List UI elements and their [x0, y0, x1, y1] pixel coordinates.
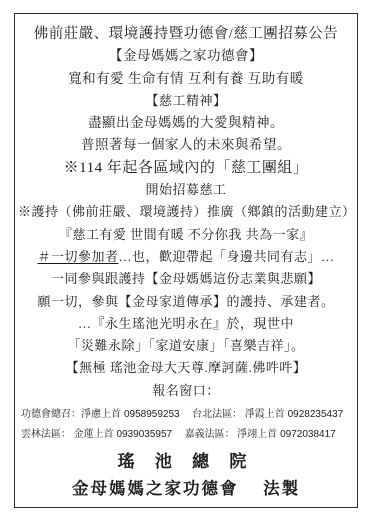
footer-institution-name: 瑤 池 總 院 — [18, 449, 354, 475]
recruit-line-2: 開始招募慈工 — [18, 179, 354, 201]
contact-phone: 0972038417 — [280, 429, 336, 440]
contact-phone: 0928235437 — [288, 409, 344, 420]
blessing-line-1: …『永生瑤池光明永在』於，現世中 — [18, 313, 354, 335]
contact-row-1: 功德會總召：淨慮上首0958959253 台北法區： 淨霞上首092823543… — [21, 405, 354, 425]
contact-row-2: 雲林法區： 金蓮上首0939035957 嘉義法區： 淨翊上首097203841… — [21, 425, 354, 445]
spirit-heading: 【慈工精神】 — [18, 90, 354, 112]
org-name-bracket: 【金母媽媽之家功德會】 — [18, 45, 354, 67]
contact-role: 功德會總召： — [21, 409, 81, 420]
spirit-line-1: 盡顯出金母媽媽的大愛與精神。 — [18, 112, 354, 134]
contact-name: 金蓮上首 — [74, 429, 114, 440]
contact-yunlin: 雲林法區： 金蓮上首0939035957 — [21, 429, 172, 440]
contact-name: 淨霞上首 — [245, 409, 285, 420]
flyer-title: 佛前莊嚴、環境護持暨功德會/慈工團招募公告 — [18, 23, 354, 45]
contact-role: 雲林法區： — [21, 429, 71, 440]
footer-issuer-line: 金母媽媽之家功德會 法製 — [18, 475, 354, 502]
contact-list: 功德會總召：淨慮上首0958959253 台北法區： 淨霞上首092823543… — [18, 405, 354, 445]
flyer-border-sheet: 佛前莊嚴、環境護持暨功德會/慈工團招募公告 【金母媽媽之家功德會】 寬和有愛 生… — [14, 13, 358, 508]
recruit-call-rest: …也，歡迎帶起「身邊共同有志」… — [119, 249, 335, 264]
blessing-line-2: 「災難永除」「家道安康」「喜樂吉祥」。 — [18, 335, 354, 357]
motto-line: 寬和有愛 生命有情 互利有養 互助有暖 — [18, 68, 354, 90]
contact-role: 台北法區： — [192, 409, 242, 420]
flyer-page: 佛前莊嚴、環境護持暨功德會/慈工團招募公告 【金母媽媽之家功德會】 寬和有愛 生… — [0, 0, 375, 531]
contact-phone: 0939035957 — [117, 429, 173, 440]
recruit-line-5: 願一切，參與【金母家道傳承】的護持、承建者。 — [18, 291, 354, 313]
contact-phone: 0958959253 — [124, 409, 180, 420]
blessing-line-3: 【無極 瑤池金母大天尊.摩訶薩.佛吽吽】 — [18, 357, 354, 379]
recruit-line-3: ※護持（佛前莊嚴、環境護持）推廣（鄉鎮的活動建立） — [18, 201, 354, 223]
recruit-line-4: 一同參與跟護持【金母媽媽這份志業與悲願】 — [18, 268, 354, 290]
contact-name: 淨翊上首 — [237, 429, 277, 440]
signup-heading: 報名窗口： — [18, 380, 354, 402]
recruit-call-line: ＃一切參加者…也，歡迎帶起「身邊共同有志」… — [18, 246, 354, 268]
recruit-call-underlined: ＃一切參加者 — [37, 249, 118, 264]
contact-chiayi: 嘉義法區： 淨翊上首0972038417 — [185, 429, 336, 440]
recruit-slogan: 『慈工有愛 世間有暖 不分你我 共為一家』 — [18, 224, 354, 246]
spirit-line-2: 普照著每一個家人的未來與希望。 — [18, 134, 354, 156]
contact-name: 淨慮上首 — [81, 409, 121, 420]
contact-general: 功德會總召：淨慮上首0958959253 — [21, 409, 180, 420]
recruit-line-1: ※114 年起各區域內的「慈工團組」 — [18, 157, 354, 179]
contact-taipei: 台北法區： 淨霞上首0928235437 — [192, 409, 343, 420]
contact-role: 嘉義法區： — [185, 429, 235, 440]
